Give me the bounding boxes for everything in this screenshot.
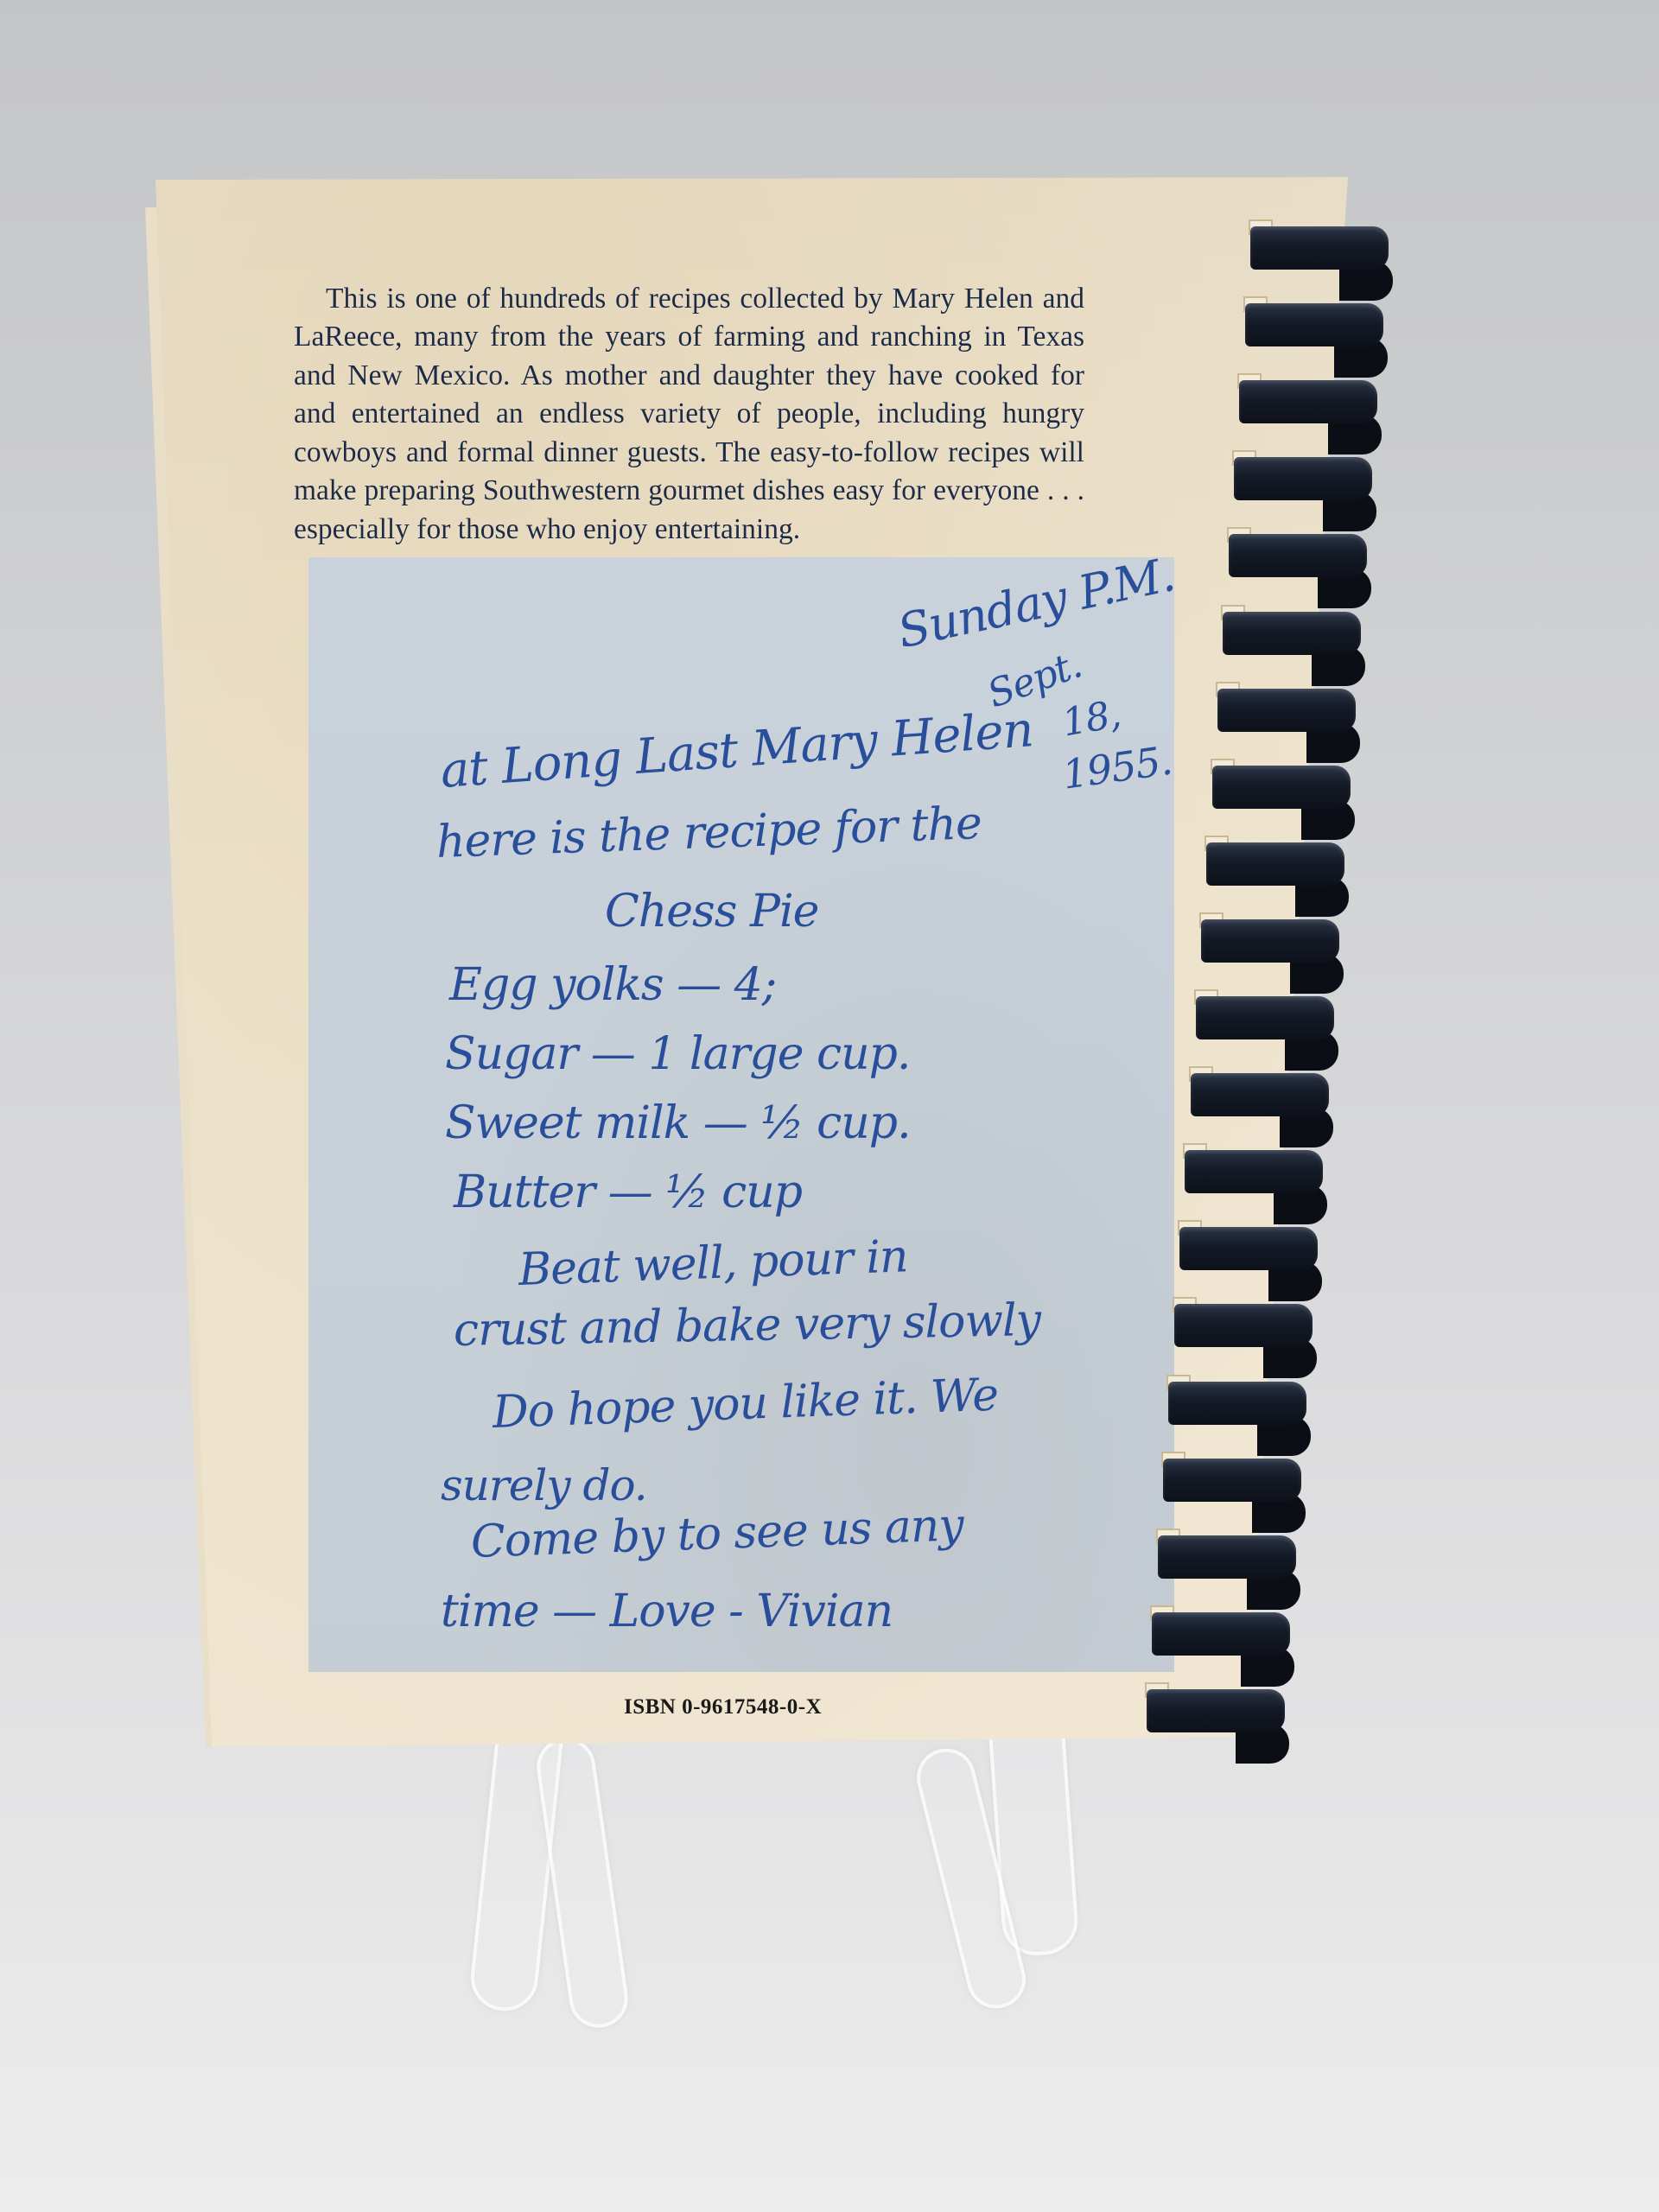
spiral-ring-back bbox=[1257, 1416, 1311, 1456]
cover-blurb: This is one of hundreds of recipes colle… bbox=[294, 280, 1084, 550]
note-line: crust and bake very slowly bbox=[453, 1294, 1040, 1357]
spiral-ring-back bbox=[1280, 1108, 1333, 1147]
spiral-ring-back bbox=[1263, 1338, 1317, 1378]
spiral-ring-back bbox=[1285, 1031, 1338, 1071]
spiral-ring-back bbox=[1328, 415, 1382, 454]
spiral-ring-back bbox=[1339, 261, 1393, 301]
spiral-ring-back bbox=[1318, 569, 1371, 608]
spiral-ring-back bbox=[1306, 723, 1360, 763]
isbn-label: ISBN 0-9617548-0-X bbox=[624, 1695, 822, 1719]
spiral-ring-back bbox=[1295, 877, 1349, 917]
photo-scene: This is one of hundreds of recipes colle… bbox=[0, 0, 1659, 2212]
note-line: surely do. bbox=[441, 1460, 647, 1510]
note-line: Sweet milk — ½ cup. bbox=[445, 1097, 911, 1149]
spiral-ring-back bbox=[1323, 492, 1376, 531]
spiral-ring-back bbox=[1290, 954, 1344, 994]
note-line: Butter — ½ cup bbox=[454, 1166, 802, 1218]
note-line: Sugar — 1 large cup. bbox=[445, 1028, 910, 1080]
spiral-ring-back bbox=[1268, 1262, 1322, 1301]
note-line: Egg yolks — 4; bbox=[449, 959, 776, 1011]
note-line: time — Love - Vivian bbox=[441, 1586, 893, 1637]
spiral-ring-back bbox=[1301, 800, 1355, 840]
spiral-ring-back bbox=[1312, 646, 1365, 686]
note-line: Chess Pie bbox=[605, 886, 818, 938]
spiral-ring-back bbox=[1334, 338, 1388, 378]
spiral-ring-back bbox=[1274, 1185, 1327, 1224]
